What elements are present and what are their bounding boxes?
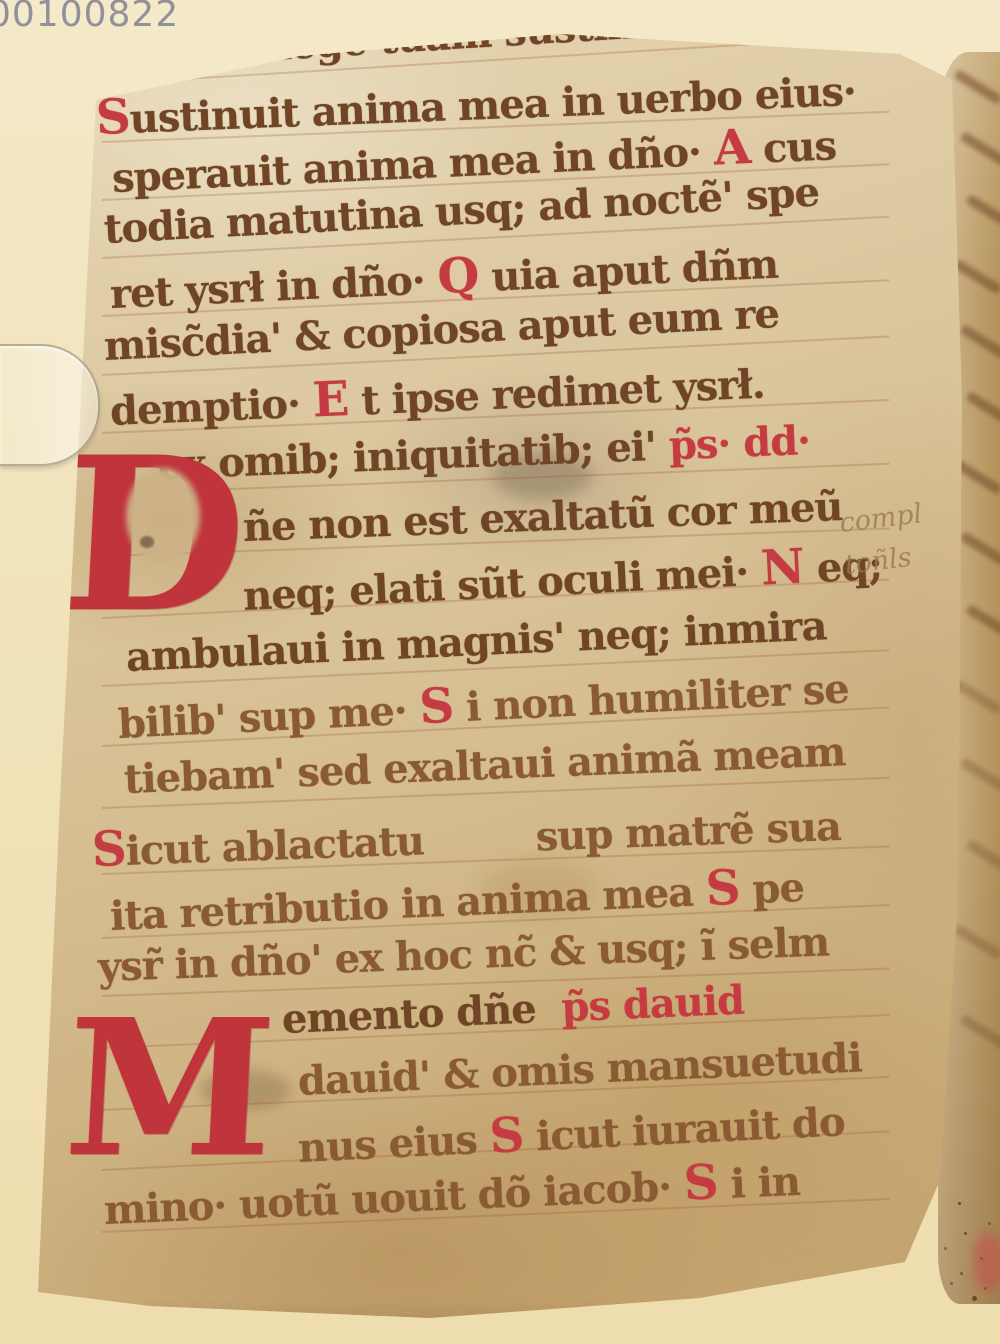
ink-text: sup matrẽ sua xyxy=(535,803,842,861)
fore-edge-red-mark xyxy=(973,1232,1000,1292)
manuscript-photo: { "photo_label": "00100822", "colors": {… xyxy=(0,0,1000,1344)
text-line-17: emento dñe p̃s dauid xyxy=(281,981,745,1040)
red-versal-initial: Q xyxy=(436,247,479,305)
ink-speck xyxy=(140,536,154,548)
text-line-18: dauid' & omis mansuetudi xyxy=(297,1038,862,1102)
fore-edge-speckles xyxy=(958,1202,961,1205)
red-versal-initial: S xyxy=(418,678,454,736)
ink-text: nus eius xyxy=(297,1116,491,1172)
text-line-9: ñe non est exaltatũ cor meũ xyxy=(242,487,843,548)
red-versal-initial: N xyxy=(760,539,806,597)
red-versal-initial: S xyxy=(91,821,127,878)
rubric-text: p̃s· dd· xyxy=(668,417,811,469)
stain-on-initial xyxy=(126,468,200,564)
red-versal-initial: A xyxy=(712,119,751,177)
margin-note: compl toñls xyxy=(837,493,929,586)
ink-text: i in xyxy=(717,1158,801,1208)
red-versal-initial: E xyxy=(312,371,350,428)
text-line-1: ' apter lege tuam sustinui te dñe xyxy=(125,0,825,76)
ink-text: dauid' & omis mansuetudi xyxy=(297,1034,863,1105)
line-gap xyxy=(424,850,536,854)
ink-text: ' apter lege tuam sustinui te dñe xyxy=(125,0,826,79)
red-versal-initial: S xyxy=(683,1154,719,1211)
rubric-text: p̃s dauid xyxy=(560,977,744,1032)
photo-number-label: 00100822 xyxy=(0,0,179,35)
ink-text: icut iurauit do xyxy=(522,1098,845,1161)
text-line-8: ex omib; iniquitatib; ei' p̃s· dd· xyxy=(157,421,811,486)
red-versal-initial: S xyxy=(488,1107,524,1165)
red-versal-initial: S xyxy=(95,89,131,146)
manuscript-page: ' apter lege tuam sustinui te dñeSustinu… xyxy=(0,0,1000,1344)
ink-text: i non humiliter se xyxy=(452,665,850,731)
ink-text: bilib' sup me· xyxy=(117,686,421,748)
ink-text: icut ablactatu xyxy=(125,817,425,874)
red-versal-initial: S xyxy=(705,860,741,917)
ink-text: pe xyxy=(739,864,805,914)
illuminated-initial-m: M xyxy=(62,1012,278,1166)
ink-text: cus xyxy=(749,122,837,173)
ink-text: t ipse redimet ysrł. xyxy=(347,361,765,425)
ink-text: emento dñe xyxy=(281,984,562,1043)
